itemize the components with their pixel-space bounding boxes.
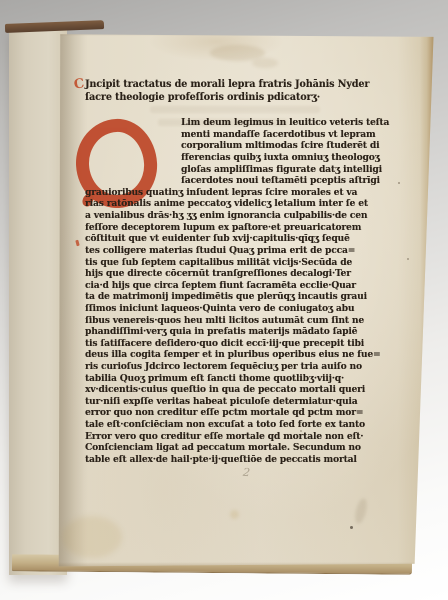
body-text-line: cōſtituit que vt euidenter ſub xvij·capi…	[85, 233, 378, 245]
speck-mark	[350, 526, 353, 529]
body-text-line: ris curioſus Jdcirco lectorem ſequēciuʒ …	[85, 361, 378, 373]
body-text-line: a venialibus drās·hʒ ʒʒ enim ignorancia …	[85, 210, 378, 222]
binding-edge	[5, 20, 104, 33]
body-text-line: tale eſt·conſciēciam non excuſat a toto …	[85, 419, 378, 431]
body-text-line: rias ratōnalis anime peccatoʒ videlicʒ l…	[85, 198, 378, 210]
body-text-line: menti mandaſſe ſacerdotibus vt lepram	[85, 129, 378, 141]
body-text-line: gloſas ampliſſimas figurate datʒ intelli…	[85, 164, 378, 176]
red-paraph-mark: C	[73, 76, 85, 92]
page-top-edge	[58, 31, 435, 36]
body-text: O Lim deum legimus in leuitico veteris t…	[85, 117, 387, 465]
body-text-line: Lim deum legimus in leuitico veteris teſ…	[85, 117, 378, 129]
printed-text-block: C Jncipit tractatus de morali lepra frat…	[85, 79, 387, 465]
stain-mark	[252, 58, 278, 68]
body-text-line: fferencias quibʒ iuxta omniuʒ theologoʒ	[85, 152, 378, 164]
body-text-line: feſſore deceptorem lupum ex paſtore·et p…	[85, 222, 378, 234]
stain-mark	[62, 516, 122, 558]
body-text-line: table eſt allex·de hail·pte·ij·queſtiōe …	[85, 454, 378, 466]
body-text-line: xv·dicentis·cuius queſtio in qua de pecc…	[85, 384, 378, 396]
gutter-shadow	[58, 31, 88, 568]
body-text-line: phandiſſimi·verʒ quia in prefatis materi…	[85, 326, 378, 338]
body-text-line: tes colligere materias ſtudui Quaʒ prima…	[85, 245, 378, 257]
body-text-line: error quo non creditur eſſe pctm mortale…	[85, 407, 378, 419]
body-text-line: ſſimos iniciunt laqueos·Quinta vero de c…	[85, 303, 378, 315]
body-text-line: tur·niſi expſſe veritas habeat piculoſe …	[85, 396, 378, 408]
stain-mark	[230, 510, 239, 519]
body-text-line: hijs que directe cōcernūt tranſgreſſione…	[85, 268, 378, 280]
body-text-line: Error vero quo creditur eſſe mortale qd …	[85, 431, 378, 443]
body-text-line: ta de matrimonij impedimētis que plerūqʒ…	[85, 291, 378, 303]
body-text-line: cia·d hijs que circa ſeptem fiunt ſacram…	[85, 280, 378, 292]
body-text-line: tis ſatiſfacere deſidero·quo dicit eccī·…	[85, 338, 378, 350]
body-text-line: tabilia Quoʒ primum eſt ſancti thome quo…	[85, 373, 378, 385]
book-photo-stage: C Jncipit tractatus de morali lepra frat…	[0, 0, 448, 600]
body-text-line: ſibus venereis·quos heu mlti licitos aut…	[85, 315, 378, 327]
underlying-leaves-edge	[9, 28, 67, 575]
body-text-line: tis que ſub ſeptem capitalibus militāt v…	[85, 257, 378, 269]
heading-line: Jncipit tractatus de morali lepra fratri…	[85, 79, 378, 92]
heading-line: ſacre theologie profeſſoris ordinis pdic…	[85, 92, 378, 105]
incipit-heading: Jncipit tractatus de morali lepra fratri…	[85, 79, 387, 104]
body-text-line: deus illa cogita ſemper et in pluribus o…	[85, 349, 378, 361]
speck-mark	[407, 258, 409, 260]
body-text-line: ſacerdotes noui teſtamēti pceptis aſtrīg…	[85, 175, 378, 187]
body-text-line: corporalium mltimodas ſcire ſtuderēt di	[85, 140, 378, 152]
fore-edge	[420, 31, 435, 568]
body-text-line: Conſcienciam ligat ad peccatum mortale. …	[85, 442, 378, 454]
speck-mark	[398, 182, 400, 184]
handwritten-numeral: 2	[242, 466, 250, 480]
body-text-line: grauioribus quatinʒ inſudent lepras ſcir…	[85, 187, 378, 199]
